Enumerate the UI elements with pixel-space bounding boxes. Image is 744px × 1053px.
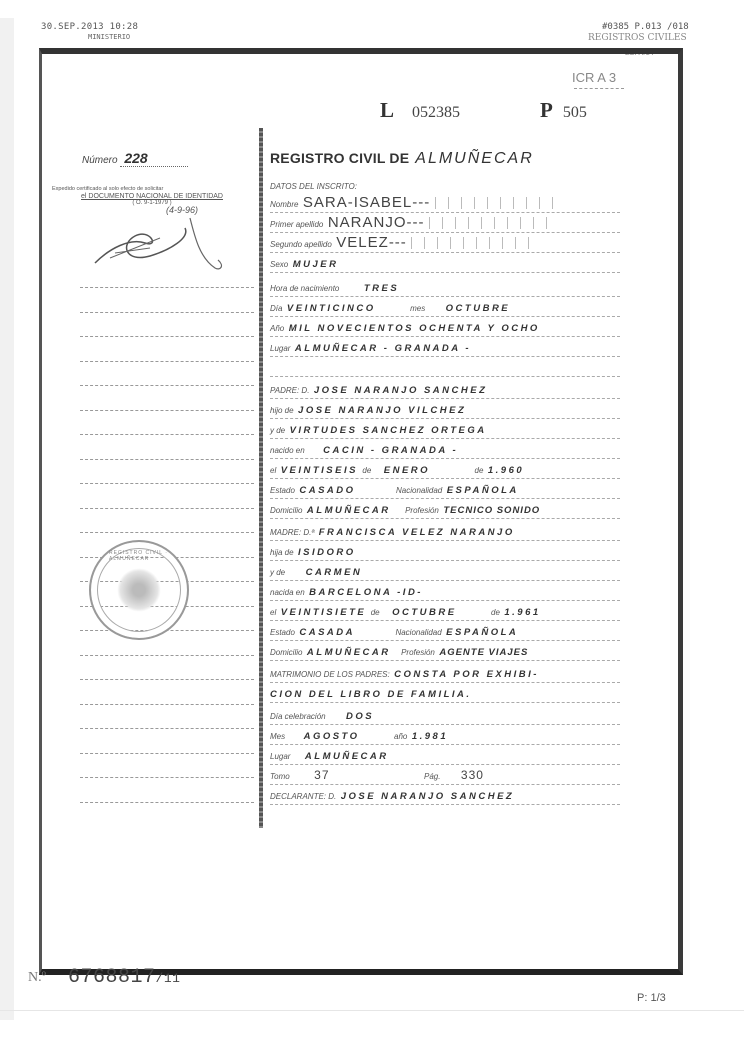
hora-label: Hora de nacimiento [270, 284, 339, 293]
field-madre-estado: Estado CASADA Nacionalidad ESPAÑOLA [270, 622, 620, 641]
numero-field: Número 228 [82, 150, 188, 166]
padre-yde-label: y de [270, 426, 285, 435]
dni-line1: Expedido certificado al solo efecto de s… [52, 186, 163, 192]
registry-place: ALMUÑECAR [415, 150, 533, 167]
lugar-label: Lugar [270, 344, 290, 353]
field-madre-y-de: y de CARMEN [270, 562, 620, 581]
field-padre-domicilio: Domicilio ALMUÑECAR Profesión TECNICO SO… [270, 500, 620, 519]
book-number: L052385 [380, 98, 460, 123]
serial-number: 6768817 [68, 966, 156, 989]
field-matrimonio-cont: CION DEL LIBRO DE FAMILIA. [270, 684, 620, 703]
seal-text: REGISTRO CIVIL · ALMUÑECAR [109, 550, 187, 562]
dni-line2: el DOCUMENTO NACIONAL DE IDENTIDAD [52, 193, 252, 200]
scan-bottom-edge [0, 1010, 744, 1011]
field-cel-lugar: Lugar ALMUÑECAR [270, 746, 620, 765]
madre-ano-value: 1.961 [504, 607, 540, 618]
signature-icon [90, 208, 230, 278]
celebracion-value: DOS [346, 711, 374, 722]
madre-nac-label: Nacionalidad [395, 628, 441, 637]
field-madre-hija-de: hija de ISIDORO [270, 542, 620, 561]
madre-nacida-label: nacida en [270, 588, 305, 597]
field-madre-nacida: nacida en BARCELONA -ID- [270, 582, 620, 601]
fax-registros: REGISTROS CIVILES [588, 33, 687, 43]
padre-prof-label: Profesión [405, 506, 439, 515]
registry-title: REGISTRO CIVIL DEALMUÑECAR [270, 150, 620, 168]
padre-de-label: de [362, 466, 371, 475]
nombre-value: SARA-ISABEL--- [303, 194, 430, 211]
character-boxes [411, 237, 541, 249]
madre-dom-label: Domicilio [270, 648, 302, 657]
madre-estado-label: Estado [270, 628, 295, 637]
field-padre-estado: Estado CASADO Nacionalidad ESPAÑOLA [270, 480, 620, 499]
madre-dia-value: VEINTISIETE [281, 607, 367, 618]
field-padre-nacido: nacido en CACIN - GRANADA - [270, 440, 620, 459]
madre-value: FRANCISCA VELEZ NARANJO [319, 527, 515, 538]
madre-dom-value: ALMUÑECAR [307, 647, 391, 658]
madre-yde-value: CARMEN [306, 567, 363, 578]
madre-hija-value: ISIDORO [298, 547, 356, 558]
seal-emblem-icon [117, 568, 161, 612]
madre-estado-value: CASADA [299, 627, 355, 638]
cel-ano-value: 1.981 [412, 731, 448, 742]
field-madre-domicilio: Domicilio ALMUÑECAR Profesión AGENTE VIA… [270, 642, 620, 661]
madre-de-label: de [371, 608, 380, 617]
tomo-value: 37 [314, 768, 329, 782]
matrimonio-label: MATRIMONIO DE LOS PADRES: [270, 670, 390, 679]
padre-dom-value: ALMUÑECAR [307, 505, 391, 516]
padre-dia-value: VEINTISEIS [281, 465, 358, 476]
field-padre-y-de: y de VIRTUDES SANCHEZ ORTEGA [270, 420, 620, 439]
dni-line3: ( O. 9-1-1979 ) [52, 200, 252, 207]
section-inscrito-label: DATOS DEL INSCRITO: [270, 182, 357, 191]
ano-value: MIL NOVECIENTOS OCHENTA Y OCHO [289, 323, 540, 334]
apellido2-value: VELEZ--- [336, 234, 407, 251]
madre-nac-value: ESPAÑOLA [446, 627, 518, 638]
numero-label: Número [82, 155, 118, 166]
official-seal: REGISTRO CIVIL · ALMUÑECAR [89, 540, 189, 640]
cel-lugar-label: Lugar [270, 752, 290, 761]
field-padre-fecha: el VEINTISEIS de ENERO de 1.960 [270, 460, 620, 479]
madre-yde-label: y de [270, 568, 285, 577]
field-ano: Año MIL NOVECIENTOS OCHENTA Y OCHO [270, 318, 620, 337]
page-number: P505 [540, 98, 587, 123]
fax-page-code: #0385 P.013 /018 [602, 22, 689, 32]
declarante-label: DECLARANTE: D. [270, 792, 336, 801]
apellido2-label: Segundo apellido [270, 240, 332, 249]
padre-nac-label: Nacionalidad [396, 486, 442, 495]
padre-estado-value: CASADO [299, 485, 355, 496]
book-p-value: 505 [563, 104, 587, 121]
pag-value: 330 [461, 768, 484, 782]
field-dia-mes: Día VEINTICINCO mes OCTUBRE [270, 298, 620, 317]
dia-label: Día [270, 304, 282, 313]
book-l-label: L [380, 98, 394, 122]
field-nombre: Nombre SARA-ISABEL--- [270, 194, 620, 213]
column-divider [259, 128, 263, 828]
matrimonio-value-1: CONSTA POR EXHIBI- [394, 669, 539, 680]
registry-title-label: REGISTRO CIVIL DE [270, 150, 409, 166]
field-lugar: Lugar ALMUÑECAR - GRANADA - [270, 338, 620, 357]
scan-edge [0, 18, 14, 1020]
field-padre-hijo-de: hijo de JOSE NARANJO VILCHEZ [270, 400, 620, 419]
padre-prof-value: TECNICO SONIDO [443, 505, 540, 516]
madre-nacida-value: BARCELONA -ID- [309, 587, 423, 598]
madre-label: MADRE: D.ª [270, 528, 314, 537]
madre-el-label: el [270, 608, 276, 617]
padre-de2-label: de [475, 466, 484, 475]
madre-mes-value: OCTUBRE [392, 607, 456, 618]
padre-hijo-value: JOSE NARANJO VILCHEZ [298, 405, 466, 416]
nombre-label: Nombre [270, 200, 298, 209]
padre-el-label: el [270, 466, 276, 475]
reference-mark: ICR A 3 [572, 70, 616, 85]
field-segundo-apellido: Segundo apellido VELEZ--- [270, 234, 620, 253]
fax-ministerio: MINISTERIO [88, 33, 130, 41]
field-primer-apellido: Primer apellido NARANJO--- [270, 214, 620, 233]
padre-value: JOSE NARANJO SANCHEZ [314, 385, 488, 396]
dia-value: VEINTICINCO [287, 303, 376, 314]
madre-prof-value: AGENTE VIAJES [439, 647, 528, 658]
field-padre: PADRE: D. JOSE NARANJO SANCHEZ [270, 380, 620, 399]
footer-serial-number: 6768817/11 [68, 966, 180, 989]
character-boxes [435, 197, 565, 209]
field-sexo: Sexo MUJER [270, 254, 620, 273]
cel-mes-value: AGOSTO [304, 731, 360, 742]
padre-estado-label: Estado [270, 486, 295, 495]
padre-nacido-value: CACIN - GRANADA - [323, 445, 458, 456]
reference-underline [574, 88, 624, 89]
madre-prof-label: Profesión [401, 648, 435, 657]
page-indicator: P: 1/3 [637, 992, 666, 1004]
ano-label: Año [270, 324, 284, 333]
field-tomo-pag: Tomo 37 Pág. 330 [270, 766, 620, 785]
book-p-label: P [540, 98, 553, 122]
celebracion-label: Día celebración [270, 712, 326, 721]
character-boxes [429, 217, 559, 229]
footer-number-label: N.º [28, 970, 46, 986]
padre-ano-value: 1.960 [488, 465, 524, 476]
apellido1-value: NARANJO--- [328, 214, 425, 231]
field-declarante: DECLARANTE: D. JOSE NARANJO SANCHEZ [270, 786, 620, 805]
lugar-value: ALMUÑECAR - GRANADA - [295, 343, 471, 354]
cel-lugar-value: ALMUÑECAR [305, 751, 389, 762]
padre-yde-value: VIRTUDES SANCHEZ ORTEGA [290, 425, 487, 436]
mes-value: OCTUBRE [446, 303, 510, 314]
padre-dom-label: Domicilio [270, 506, 302, 515]
padre-hijo-label: hijo de [270, 406, 294, 415]
blank-line [270, 358, 620, 377]
section-inscrito: DATOS DEL INSCRITO: [270, 176, 620, 194]
sexo-value: MUJER [293, 259, 339, 270]
fax-timestamp: 30.SEP.2013 10:28 [41, 22, 138, 32]
cel-mes-label: Mes [270, 732, 285, 741]
padre-nacido-label: nacido en [270, 446, 305, 455]
hora-value: TRES [364, 283, 399, 294]
field-madre-fecha: el VEINTISIETE de OCTUBRE de 1.961 [270, 602, 620, 621]
registry-form: REGISTRO CIVIL DEALMUÑECAR DATOS DEL INS… [270, 150, 620, 168]
book-l-value: 052385 [412, 104, 460, 121]
numero-value: 228 [120, 150, 187, 167]
field-celebracion: Día celebración DOS [270, 706, 620, 725]
padre-nac-value: ESPAÑOLA [447, 485, 519, 496]
mes-label: mes [410, 304, 425, 313]
cel-ano-label: año [394, 732, 407, 741]
field-madre: MADRE: D.ª FRANCISCA VELEZ NARANJO [270, 522, 620, 541]
field-matrimonio: MATRIMONIO DE LOS PADRES: CONSTA POR EXH… [270, 664, 620, 683]
tomo-label: Tomo [270, 772, 290, 781]
serial-suffix: /11 [156, 971, 181, 986]
madre-hija-label: hija de [270, 548, 294, 557]
field-hora: Hora de nacimiento TRES [270, 278, 620, 297]
sexo-label: Sexo [270, 260, 288, 269]
matrimonio-value-2: CION DEL LIBRO DE FAMILIA. [270, 689, 472, 700]
padre-mes-value: ENERO [384, 465, 430, 476]
declarante-value: JOSE NARANJO SANCHEZ [341, 791, 515, 802]
padre-label: PADRE: D. [270, 386, 309, 395]
apellido1-label: Primer apellido [270, 220, 323, 229]
field-cel-mes: Mes AGOSTO año 1.981 [270, 726, 620, 745]
pag-label: Pág. [424, 772, 440, 781]
madre-de2-label: de [491, 608, 500, 617]
